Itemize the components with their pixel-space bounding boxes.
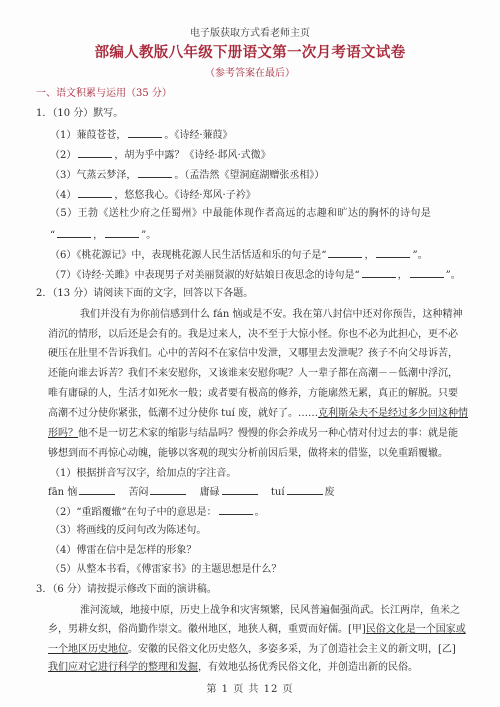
answer-blank[interactable] bbox=[105, 228, 139, 238]
q3-passage-line: 淮河流域，地接中原，历史上战争和灾害频繁，民风普遍倔强尚武。长江两岸，鱼米之 bbox=[80, 605, 460, 617]
underlined-rhetorical-question: 克利斯朵夫不是经过多少回这种情 bbox=[318, 408, 468, 419]
q2-sub4: （4）傅雷在信中是怎样的形象？ bbox=[50, 545, 196, 557]
q2-passage-line: 消沉的情形，以后还是会有的。我是过来人，决不至于大惊小怪。你也不必为此担心，更不… bbox=[48, 329, 458, 341]
q1-item-3: （3）气蒸云梦泽，。（孟浩然《望洞庭湖赠张丞相》） bbox=[50, 168, 324, 182]
q3-passage-line: 我们应对它进行科学的整理和发掘，有效地弘扬优秀民俗文化，并创造出新的民俗。 bbox=[48, 662, 418, 674]
q2-passage-line: 唯有庸碌的人，生活才如死水一般；或者要有极高的修养，方能廓然无累，真正的解脱。只… bbox=[48, 388, 458, 400]
q2-sub1: （1）根据拼音写汉字，给加点的字注音。 bbox=[50, 468, 236, 480]
q1-item-5-cont: “，”。 bbox=[50, 228, 156, 242]
q2-passage-line: 高潮不过分使你紧张，低潮不过分使你 tuí 废，就好了。……克利斯朵夫不是经过多… bbox=[48, 408, 468, 420]
q1-item-4: （4），悠悠我心。《诗经·郑风·子衿》 bbox=[50, 188, 256, 202]
answer-blank[interactable] bbox=[78, 188, 112, 198]
q1-stem: 1．（10 分）默写。 bbox=[36, 108, 123, 120]
underlined-sentence-jia-end: 一个地区历史地位 bbox=[48, 644, 128, 655]
q1-item-1: （1）蒹葭苍苍，。《诗经·蒹葭》 bbox=[50, 128, 233, 142]
answer-blank[interactable] bbox=[219, 505, 253, 515]
answer-blank[interactable] bbox=[362, 268, 396, 278]
q2-passage-line: 还能向谁去诉苦？我们不来安慰你，又该谁来安慰你呢？人一辈子都在高潮－－低潮中浮沉… bbox=[48, 368, 458, 380]
underlined-sentence-jia: 民俗文化是一个国家或 bbox=[366, 624, 466, 635]
q2-passage-line: 我们并没有为你前信感到什么 fán 恼或是不安。我在第八封信中还对你预告，这种精… bbox=[80, 309, 462, 321]
answer-blank[interactable] bbox=[128, 128, 162, 138]
q3-passage-line: 一个地区历史地位。安徽的民俗文化历史悠久，多姿多采，为了创造社会主义的新文明，[… bbox=[48, 644, 456, 656]
answer-blank[interactable] bbox=[138, 168, 172, 178]
q2-passage-line: 硬压在肚里不告诉我们。心中的苦闷不在家信中发泄，又哪里去发泄呢？孩子不向父母诉苦… bbox=[48, 348, 458, 360]
q1-item-7: （7）《诗经·关雎》中表现男子对美丽贤淑的好姑娘日夜思念的诗句是“，”。 bbox=[50, 268, 461, 282]
answer-blank[interactable] bbox=[222, 485, 258, 495]
answer-blank[interactable] bbox=[328, 248, 362, 258]
answer-blank[interactable] bbox=[57, 228, 91, 238]
q1-item-6: （6）《桃花源记》中，表现桃花源人民生活恬适和乐的句子是“，”。 bbox=[50, 248, 428, 262]
page-number: 第 1 页 共 12 页 bbox=[0, 680, 500, 695]
q1-item-2: （2），胡为乎中露？《诗经·邶风·式微》 bbox=[50, 148, 271, 162]
answer-blank[interactable] bbox=[78, 148, 112, 158]
answer-blank[interactable] bbox=[376, 248, 410, 258]
answer-blank[interactable] bbox=[79, 485, 115, 495]
q3-passage-line: 乡，男耕女织，俗尚勤作崇文。徽州地区，地狭人稠，重贾而好儒。[甲]民俗文化是一个… bbox=[48, 624, 466, 636]
q2-pinyin-row: fān 恼 苦闷 庸碌 tuí废 bbox=[48, 485, 335, 499]
answer-blank[interactable] bbox=[150, 485, 186, 495]
q2-sub3: （3）将画线的反问句改为陈述句。 bbox=[50, 525, 206, 537]
exam-page: 电子版获取方式看老师主页 部编人教版八年级下册语文第一次月考语文试卷 （参考答案… bbox=[0, 0, 500, 707]
q2-passage-line: 形吗？他不是一切艺术家的缩影与结晶吗？慢慢的你会养成另一种心情对付过去的事：就是… bbox=[48, 428, 458, 440]
header-note: 电子版获取方式看老师主页 bbox=[0, 24, 500, 39]
answer-blank[interactable] bbox=[410, 268, 444, 278]
underlined-rhetorical-question-end: 形吗？ bbox=[48, 428, 78, 439]
q2-sub2: （2）“重蹈覆辙”在句子中的意思是：。 bbox=[50, 505, 265, 519]
q2-stem: 2．（13 分）请阅读下面的文字，回答以下各题。 bbox=[36, 288, 253, 300]
page-title: 部编人教版八年级下册语文第一次月考语文试卷 bbox=[0, 41, 500, 62]
q3-stem: 3．（6 分）请按提示修改下面的演讲稿。 bbox=[36, 584, 217, 596]
q2-sub5: （5）从整本书看，《傅雷家书》的主题思想是什么？ bbox=[50, 564, 281, 576]
page-subtitle: （参考答案在最后） bbox=[0, 64, 500, 79]
q1-item-5: （5）王勃《送杜少府之任蜀州》中最能体现作者高远的志趣和旷达的胸怀的诗句是 bbox=[50, 208, 431, 220]
answer-blank[interactable] bbox=[287, 485, 323, 495]
section-heading: 一、语文积累与运用（35 分） bbox=[36, 88, 172, 100]
underlined-sentence-yi: 我们应对它进行科学的整理和发掘 bbox=[48, 662, 198, 673]
q2-passage-line: 够想到而不再惊心动魄，能够以客观的现实分析前因后果，做将来的借鉴，以免重蹈覆辙。 bbox=[48, 448, 448, 460]
